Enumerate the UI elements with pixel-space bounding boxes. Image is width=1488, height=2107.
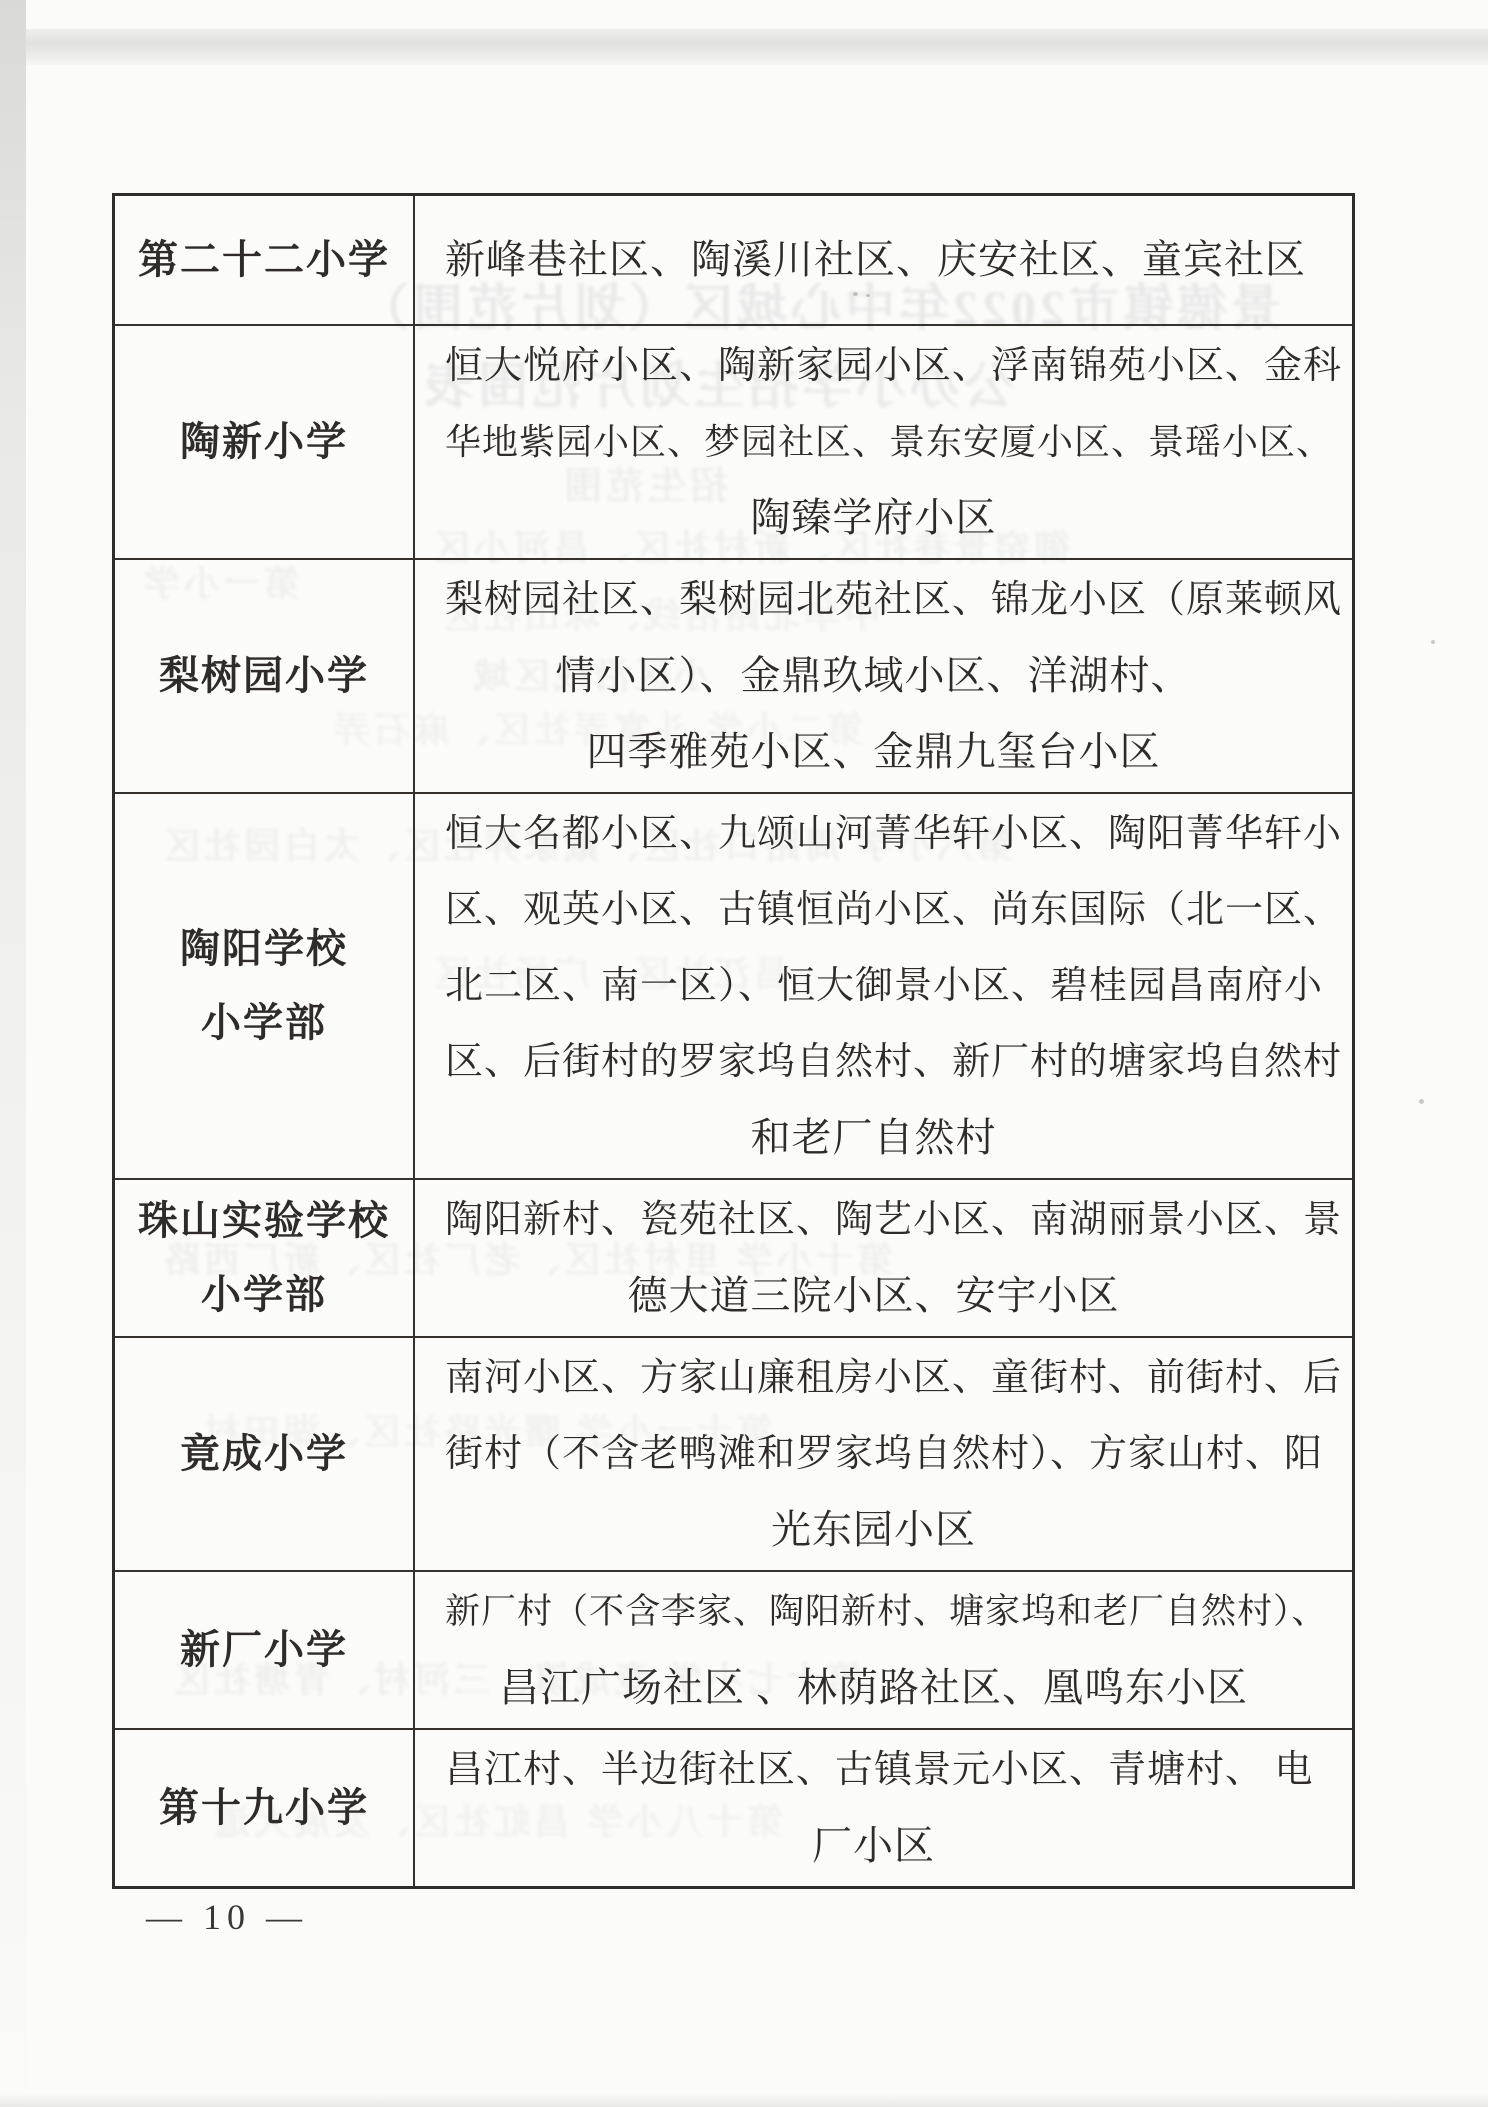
district-area-line: 恒大名都小区、九颂山河菁华轩小区、陶阳菁华轩小 — [445, 796, 1302, 872]
table-row: 第二十二小学新峰巷社区、陶溪川社区、庆安社区、童宾社区 — [114, 195, 1354, 325]
page-number: — 10 — — [146, 1896, 308, 1938]
district-area-line: 区、观英小区、古镇恒尚小区、尚东国际（北一区、 — [445, 872, 1302, 948]
school-name-cell: 第二十二小学 — [114, 195, 415, 325]
district-area-line: 厂小区 — [445, 1808, 1302, 1884]
school-name-cell: 陶新小学 — [114, 325, 415, 559]
district-area-line: 和老厂自然村 — [445, 1100, 1302, 1176]
table-row: 陶阳学校小学部恒大名都小区、九颂山河菁华轩小区、陶阳菁华轩小区、观英小区、古镇恒… — [114, 793, 1354, 1179]
district-area-line: 区、后街村的罗家坞自然村、新厂村的塘家坞自然村 — [445, 1024, 1302, 1100]
district-area-line: 恒大悦府小区、陶新家园小区、浮南锦苑小区、金科 — [445, 328, 1302, 404]
school-name-line: 梨树园小学 — [116, 639, 412, 713]
district-area-line: 情小区）、金鼎玖域小区、洋湖村、 — [445, 638, 1302, 714]
table-row: 陶新小学恒大悦府小区、陶新家园小区、浮南锦苑小区、金科华地紫园小区、梦园社区、景… — [114, 325, 1354, 559]
district-areas-cell: 新峰巷社区、陶溪川社区、庆安社区、童宾社区 — [414, 195, 1354, 325]
district-areas-cell: 恒大名都小区、九颂山河菁华轩小区、陶阳菁华轩小区、观英小区、古镇恒尚小区、尚东国… — [414, 793, 1354, 1179]
district-areas-cell: 昌江村、半边街社区、古镇景元小区、青塘村、 电厂小区 — [414, 1729, 1354, 1888]
school-name-line: 珠山实验学校 — [116, 1184, 412, 1258]
district-area-line: 光东园小区 — [445, 1492, 1302, 1568]
table-row: 珠山实验学校小学部陶阳新村、瓷苑社区、陶艺小区、南湖丽景小区、景德大道三院小区、… — [114, 1179, 1354, 1337]
school-name-line: 小学部 — [116, 986, 412, 1060]
district-area-line: 陶阳新村、瓷苑社区、陶艺小区、南湖丽景小区、景 — [445, 1182, 1302, 1258]
school-name-line: 竟成小学 — [116, 1417, 412, 1491]
district-area-line: 街村（不含老鸭滩和罗家坞自然村）、方家山村、阳 — [445, 1416, 1302, 1492]
school-name-cell: 新厂小学 — [114, 1571, 415, 1729]
district-area-line: 新峰巷社区、陶溪川社区、庆安社区、童宾社区 — [445, 222, 1302, 298]
school-name-cell: 竟成小学 — [114, 1337, 415, 1571]
school-name-cell: 第十九小学 — [114, 1729, 415, 1888]
district-area-line: 昌江村、半边街社区、古镇景元小区、青塘村、 电 — [445, 1732, 1302, 1808]
district-area-line: 南河小区、方家山廉租房小区、童街村、前街村、后 — [445, 1340, 1302, 1416]
district-areas-cell: 陶阳新村、瓷苑社区、陶艺小区、南湖丽景小区、景德大道三院小区、安宇小区 — [414, 1179, 1354, 1337]
school-name-line: 陶新小学 — [116, 405, 412, 479]
school-name-line: 小学部 — [116, 1258, 412, 1332]
district-area-line: 昌江广场社区 、林荫路社区、凰鸣东小区 — [445, 1650, 1302, 1726]
table-row: 梨树园小学梨树园社区、梨树园北苑社区、锦龙小区（原莱顿风情小区）、金鼎玖域小区、… — [114, 559, 1354, 793]
table-row: 竟成小学南河小区、方家山廉租房小区、童街村、前街村、后街村（不含老鸭滩和罗家坞自… — [114, 1337, 1354, 1571]
school-name-line: 陶阳学校 — [116, 912, 412, 986]
school-name-cell: 陶阳学校小学部 — [114, 793, 415, 1179]
district-areas-cell: 梨树园社区、梨树园北苑社区、锦龙小区（原莱顿风情小区）、金鼎玖域小区、洋湖村、四… — [414, 559, 1354, 793]
district-area-line: 梨树园社区、梨树园北苑社区、锦龙小区（原莱顿风 — [445, 562, 1302, 638]
scanned-document-page: 景德镇市2022年中心城区（划片范围）公办小学招生划片范围表招生范围御窑景巷社区… — [0, 0, 1488, 2107]
district-area-line: 华地紫园小区、梦园社区、景东安厦小区、景瑶小区、 — [445, 404, 1302, 480]
district-area-line: 陶臻学府小区 — [445, 480, 1302, 556]
scan-speck — [1431, 640, 1435, 644]
district-areas-cell: 恒大悦府小区、陶新家园小区、浮南锦苑小区、金科华地紫园小区、梦园社区、景东安厦小… — [414, 325, 1354, 559]
scan-speck — [1419, 1099, 1424, 1104]
table-row: 第十九小学昌江村、半边街社区、古镇景元小区、青塘村、 电厂小区 — [114, 1729, 1354, 1888]
district-area-line: 四季雅苑小区、金鼎九玺台小区 — [445, 714, 1302, 790]
school-district-table-body: 第二十二小学新峰巷社区、陶溪川社区、庆安社区、童宾社区陶新小学恒大悦府小区、陶新… — [114, 195, 1354, 1888]
table-row: 新厂小学新厂村（不含李家、陶阳新村、塘家坞和老厂自然村）、昌江广场社区 、林荫路… — [114, 1571, 1354, 1729]
scanner-edge-band-top — [0, 29, 1488, 65]
district-area-line: 德大道三院小区、安宇小区 — [445, 1258, 1302, 1334]
school-district-table: 第二十二小学新峰巷社区、陶溪川社区、庆安社区、童宾社区陶新小学恒大悦府小区、陶新… — [112, 193, 1355, 1889]
district-area-line: 新厂村（不含李家、陶阳新村、塘家坞和老厂自然村）、 — [445, 1574, 1302, 1650]
district-areas-cell: 新厂村（不含李家、陶阳新村、塘家坞和老厂自然村）、昌江广场社区 、林荫路社区、凰… — [414, 1571, 1354, 1729]
school-name-cell: 珠山实验学校小学部 — [114, 1179, 415, 1337]
school-name-line: 新厂小学 — [116, 1613, 412, 1687]
scanner-edge-band-left — [0, 0, 26, 2107]
school-name-line: 第十九小学 — [116, 1771, 412, 1845]
school-name-cell: 梨树园小学 — [114, 559, 415, 793]
district-area-line: 北二区、南一区）、恒大御景小区、碧桂园昌南府小 — [445, 948, 1302, 1024]
school-name-line: 第二十二小学 — [116, 223, 412, 297]
scanner-edge-band-bottom — [0, 2093, 1488, 2107]
district-areas-cell: 南河小区、方家山廉租房小区、童街村、前街村、后街村（不含老鸭滩和罗家坞自然村）、… — [414, 1337, 1354, 1571]
